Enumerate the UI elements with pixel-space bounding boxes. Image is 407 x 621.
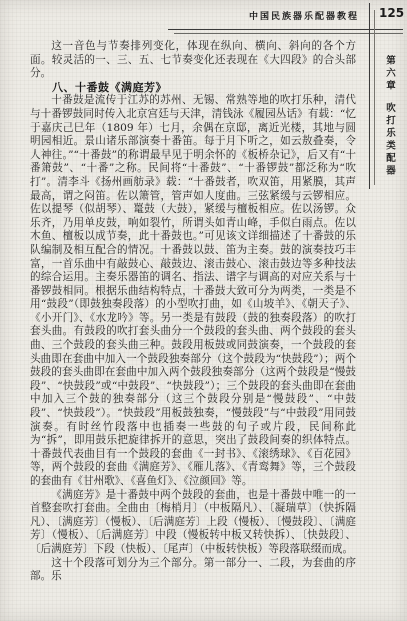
chapter-title: 吹打乐类配器 <box>384 103 395 178</box>
section-heading: 八、十番鼓《满庭芳》 <box>30 81 356 95</box>
paragraph-intro: 这一音色与节奏排列变化，体现在纵向、横向、斜向的各个方面。较灵活的一、三、五、七… <box>30 40 356 81</box>
paragraph-three-parts: 这十个段落可划分为三个部分。第一部分一、二段，为套曲的序部。乐 <box>30 557 356 584</box>
margin-rule-outer <box>369 3 370 189</box>
running-head-book-title: 中国民族器乐配器教程 <box>249 9 359 22</box>
chapter-number: 第六章 <box>384 55 395 93</box>
book-page: 中国民族器乐配器教程 125 第六章吹打乐类配器 这一音色与节奏排列变化，体现在… <box>0 0 407 621</box>
margin-rule-inner <box>374 10 375 185</box>
page-body: 这一音色与节奏排列变化，体现在纵向、横向、斜向的各个方面。较灵活的一、三、五、七… <box>30 40 356 584</box>
chapter-sidebar: 第六章吹打乐类配器 <box>383 55 395 178</box>
page-number: 125 <box>379 6 404 20</box>
paragraph-shifangu-overview: 十番鼓是流传于江苏的苏州、无锡、常熟等地的吹打乐种，清代与十番锣鼓同时传入北京宫… <box>30 94 356 488</box>
paragraph-mantingfang-structure: 《满庭芳》是十番鼓中两个鼓段的套曲，也是十番鼓中唯一的一首整套吹打套曲。全曲由〔… <box>30 489 356 557</box>
header-rule-top <box>168 29 403 30</box>
